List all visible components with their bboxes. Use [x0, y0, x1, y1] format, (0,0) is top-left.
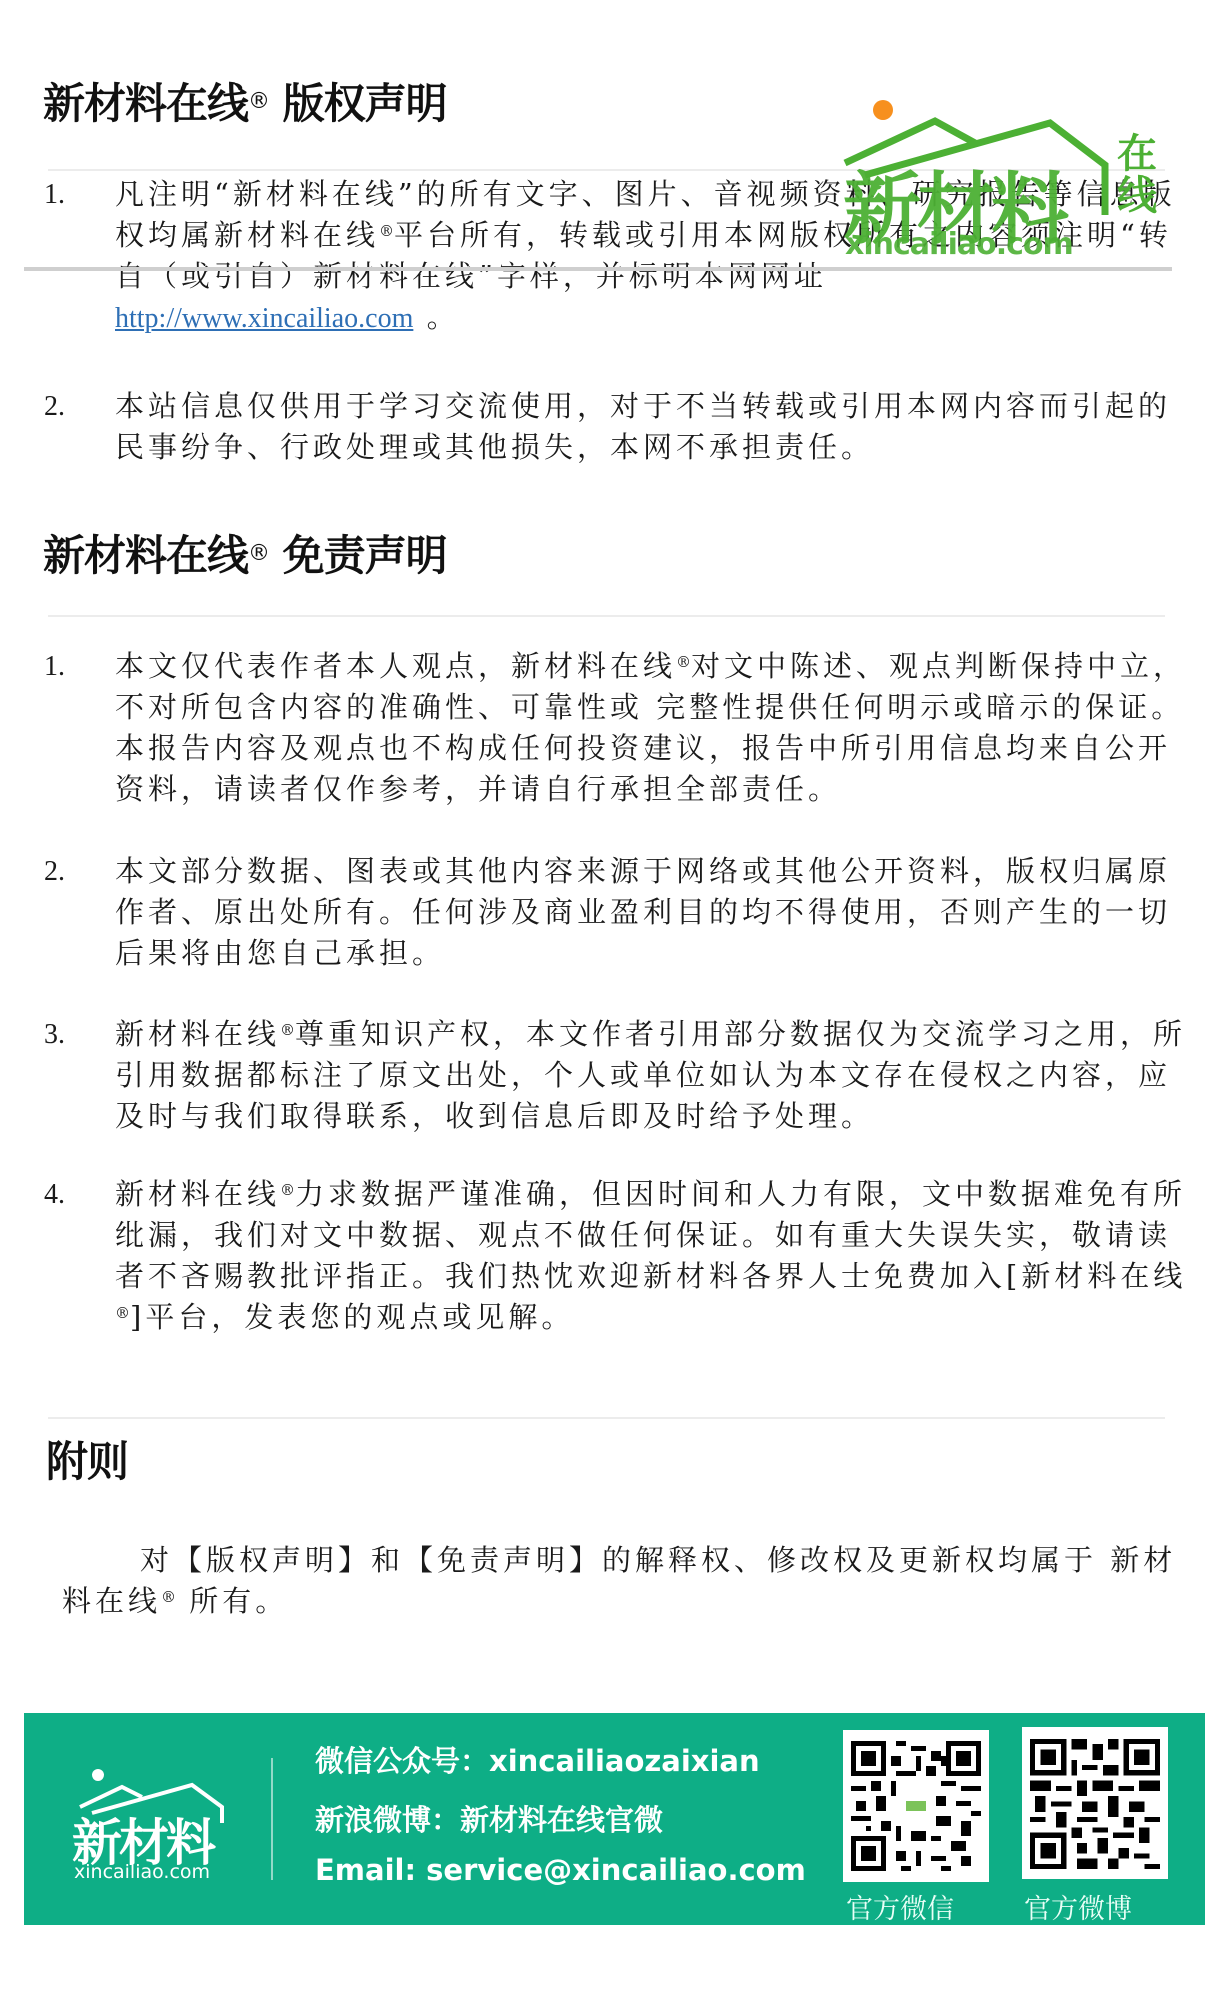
item-text-tail: 。 [413, 300, 459, 334]
item-number: 2. [44, 386, 65, 427]
item-text: 本站信息仅供用于学习交流使用，对于不当转载或引用本网内容而引起的民事纷争、行政处… [115, 386, 1190, 468]
qr-code-icon [851, 1740, 981, 1872]
heading-brand: 新材料在线 [43, 79, 248, 128]
appendix-heading: 附则 [46, 1438, 128, 1486]
weibo-account: 新浪微博：新材料在线官微 [315, 1798, 663, 1839]
item-number: 4. [44, 1174, 65, 1215]
divider [48, 169, 1165, 171]
copyright-heading: 新材料在线® 版权声明 [43, 80, 447, 128]
item-text: 新材料在线®力求数据严谨准确，但因时间和人力有限，文中数据难免有所纰漏，我们对文… [115, 1174, 1190, 1338]
heading-brand: 新材料在线 [43, 531, 248, 580]
item-text: 凡注明“新材料在线”的所有文字、图片、音视频资料、研究报告等信息版权均属新材料在… [115, 174, 1190, 339]
divider [48, 1417, 1165, 1419]
registered-mark: ® [280, 1181, 295, 1199]
wechat-account: 微信公众号：xincailiaozaixian [315, 1739, 760, 1780]
heading-title: 版权声明 [269, 79, 447, 128]
item-text-part: ]平台，发表您的观点或见解。 [130, 1300, 574, 1334]
email-contact: Email: service@xincailiao.com [315, 1853, 806, 1887]
registered-mark: ® [379, 222, 394, 240]
item-text-part: 新材料在线 [115, 1017, 280, 1051]
registered-mark: ® [248, 541, 269, 566]
disclaimer-heading: 新材料在线® 免责声明 [43, 532, 447, 580]
item-text: 本文部分数据、图表或其他内容来源于网络或其他公开资料，版权归属原作者、原出处所有… [115, 851, 1190, 974]
wechat-qr-code[interactable] [843, 1730, 989, 1882]
wechat-value: xincailiaozaixian [489, 1744, 760, 1778]
registered-mark: ® [248, 89, 269, 114]
registered-mark: ® [115, 1304, 130, 1322]
email-label: Email: [315, 1853, 426, 1887]
wechat-qr-label: 官方微信 [846, 1887, 954, 1926]
website-link[interactable]: http://www.xincailiao.com [115, 303, 413, 334]
footer-divider [271, 1758, 273, 1880]
footer-logo-url: xincailiao.com [74, 1861, 210, 1883]
footer-logo: 新材料 xincailiao.com [72, 1763, 242, 1883]
heading-title: 免责声明 [269, 531, 447, 580]
appendix-text: 对【版权声明】和【免责声明】的解释权、修改权及更新权均属于 新材料在线® 所有。 [62, 1540, 1182, 1622]
appendix-text-part: 所有。 [176, 1584, 288, 1618]
qr-code-icon [1030, 1737, 1160, 1871]
divider [48, 615, 1165, 617]
weibo-qr-label: 官方微博 [1024, 1887, 1132, 1926]
item-text-part: 本文仅代表作者本人观点，新材料在线 [115, 649, 676, 683]
item-number: 3. [44, 1014, 65, 1055]
scan-artifact-bar [24, 267, 1172, 271]
weibo-value: 新材料在线官微 [460, 1803, 663, 1837]
item-text-part: 本文部分数据、图表或其他内容来源于网络或其他公开资料，版权归属原作者、原出处所有… [115, 854, 1171, 970]
weibo-label: 新浪微博： [315, 1803, 460, 1837]
weibo-qr-code[interactable] [1022, 1727, 1168, 1879]
item-number: 1. [44, 174, 65, 215]
registered-mark: ® [676, 653, 691, 671]
item-number: 1. [44, 646, 65, 687]
item-text: 新材料在线®尊重知识产权，本文作者引用部分数据仅为交流学习之用，所引用数据都标注… [115, 1014, 1190, 1137]
email-link[interactable]: service@xincailiao.com [426, 1853, 806, 1887]
wechat-label: 微信公众号： [315, 1744, 489, 1778]
item-text: 本文仅代表作者本人观点，新材料在线®对文中陈述、观点判断保持中立，不对所包含内容… [115, 646, 1190, 810]
contact-footer: 新材料 xincailiao.com 微信公众号：xincailiaozaixi… [24, 1713, 1205, 1925]
registered-mark: ® [161, 1588, 176, 1606]
registered-mark: ® [280, 1021, 295, 1039]
item-text-part: 新材料在线 [115, 1177, 280, 1211]
item-number: 2. [44, 851, 65, 892]
